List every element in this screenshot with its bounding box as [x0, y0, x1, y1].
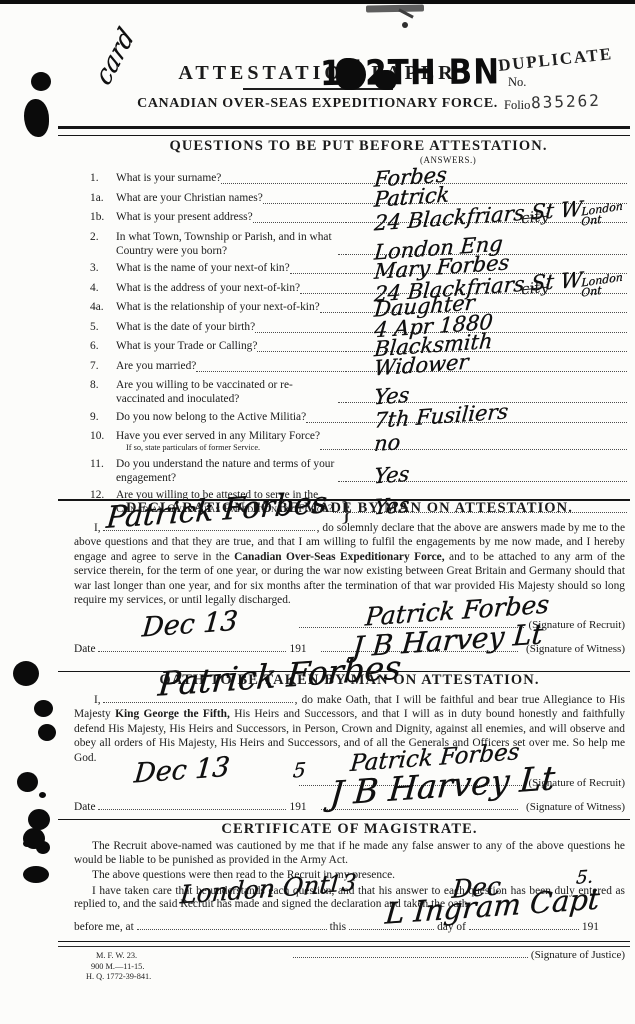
question-text: What are your Christian names?: [116, 192, 263, 204]
question-cell: 5. What is the date of your birth?: [90, 320, 346, 336]
dotted-leader: [257, 351, 346, 352]
lead-in: I,: [74, 694, 101, 706]
question-cell: 11. Do you understand the nature and ter…: [90, 457, 346, 485]
question-textwrap: Are you married?: [116, 359, 196, 375]
certificate-heading: CERTIFICATE OF MAGISTRATE.: [74, 821, 625, 838]
question-text: Do you understand the nature and terms o…: [116, 458, 334, 484]
question-textwrap: Do you understand the nature and terms o…: [116, 457, 338, 485]
answer-line: Widower: [346, 359, 627, 372]
handwritten-oath-year-digit: 5: [292, 759, 306, 780]
dotted-leader: [338, 481, 346, 482]
question-number: 7.: [90, 359, 116, 375]
question-text: Have you ever served in any Military For…: [116, 430, 320, 442]
question-textwrap: What is the address of your next-of-kin?: [116, 281, 300, 297]
folio-number-stamp: 835262: [531, 91, 601, 112]
dotted-leader: [263, 203, 346, 204]
question-row: 6. What is your Trade or Calling? Blacks…: [90, 339, 627, 355]
dotted-leader: [338, 402, 346, 403]
form-footer: M. F. W. 23. 900 M.—11-15. H. Q. 1772-39…: [86, 951, 151, 983]
date-label: Date: [74, 801, 96, 813]
dotted-leader: [221, 183, 346, 184]
before-me-line: before me, at this day of 191: [74, 921, 625, 933]
dotted-leader: [253, 222, 346, 223]
questions-heading: QUESTIONS TO BE PUT BEFORE ATTESTATION.: [90, 138, 627, 155]
section-divider: [58, 126, 630, 136]
question-textwrap: What is the relationship of your next-of…: [116, 300, 320, 316]
answer-line: Blacksmith: [346, 339, 627, 352]
question-textwrap: What is your Trade or Calling?: [116, 339, 257, 355]
question-number: 3.: [90, 261, 116, 277]
question-textwrap: What is your surname?: [116, 171, 221, 187]
handwritten-certificate-day: 13: [326, 872, 357, 897]
handwritten-answer: Widower: [373, 351, 469, 379]
date-label: Date: [74, 643, 96, 655]
answer-line: 7th Fusiliers: [346, 410, 627, 423]
question-subtext: If so, state particulars of former Servi…: [126, 443, 320, 453]
date-dots: [98, 802, 286, 810]
question-cell: 4. What is the address of your next-of-k…: [90, 281, 346, 297]
question-cell: 7. Are you married?: [90, 359, 346, 375]
dotted-leader: [320, 449, 346, 450]
question-cell: 3. What is the name of your next-of kin?: [90, 261, 346, 277]
question-cell: 10. Have you ever served in any Military…: [90, 429, 346, 453]
handwritten-answer: Yes: [373, 385, 410, 409]
questions-list: 1. What is your surname? Forbes 1a. What…: [90, 171, 627, 516]
question-cell: 1a. What are your Christian names?: [90, 191, 346, 207]
question-number: 1.: [90, 171, 116, 187]
dotted-leader: [255, 332, 346, 333]
question-text: What is your surname?: [116, 172, 221, 184]
question-textwrap: What is the name of your next-of kin?: [116, 261, 290, 277]
question-row: 7. Are you married? Widower: [90, 359, 627, 375]
question-cell: 9. Do you now belong to the Active Milit…: [90, 410, 346, 426]
question-cell: 1b. What is your present address?: [90, 210, 346, 226]
questions-section: QUESTIONS TO BE PUT BEFORE ATTESTATION. …: [0, 136, 635, 520]
before-me-label: before me, at: [74, 921, 134, 933]
question-row: 5. What is the date of your birth? 4 Apr…: [90, 320, 627, 336]
question-text: Do you now belong to the Active Militia?: [116, 411, 306, 423]
signature-dots: [293, 947, 528, 958]
question-cell: 1. What is your surname?: [90, 171, 346, 187]
question-number: 2.: [90, 230, 116, 258]
answer-line: Patrick: [346, 191, 627, 204]
question-row: 8. Are you willing to be vaccinated or r…: [90, 378, 627, 406]
answer-line: no: [346, 437, 627, 450]
question-text: What is the name of your next-of kin?: [116, 262, 290, 274]
question-number: 5.: [90, 320, 116, 336]
question-textwrap: Do you now belong to the Active Militia?: [116, 410, 306, 426]
handwritten-answer: Yes: [373, 463, 410, 487]
question-textwrap: Have you ever served in any Military For…: [116, 429, 320, 453]
question-number: 1b.: [90, 210, 116, 226]
certificate-para1: The Recruit above-named was cautioned by…: [74, 840, 625, 867]
question-textwrap: What are your Christian names?: [116, 191, 263, 207]
answer-line: Mary Forbes: [346, 261, 627, 274]
question-number: 8.: [90, 378, 116, 406]
folio-label: Folio: [504, 98, 530, 113]
footer-line: M. F. W. 23.: [86, 951, 151, 962]
handwritten-struck-word: city: [520, 209, 549, 226]
date-dots: [98, 644, 286, 652]
question-cell: 6. What is your Trade or Calling?: [90, 339, 346, 355]
question-row: 2. In what Town, Township or Parish, and…: [90, 230, 627, 258]
this-label: this: [330, 921, 346, 933]
ink-smudge: [402, 22, 408, 28]
question-text: What is the relationship of your next-of…: [116, 301, 320, 313]
question-row: 4a. What is the relationship of your nex…: [90, 300, 627, 316]
handwritten-side-note: London Ont: [581, 200, 631, 227]
year-prefix: 191: [290, 801, 307, 813]
question-text: What is the date of your birth?: [116, 321, 255, 333]
question-text: What is the address of your next-of-kin?: [116, 282, 300, 294]
stamp-blot: [336, 58, 366, 90]
witness-signature-label: (Signature of Witness): [526, 801, 625, 813]
oath-text-bold: King George the Fifth,: [115, 708, 230, 720]
justice-signature-line: (Signature of Justice): [74, 947, 625, 961]
footer-line: 900 M.—11-15.: [86, 962, 151, 973]
question-number: 9.: [90, 410, 116, 426]
question-textwrap: Are you willing to be vaccinated or re-v…: [116, 378, 338, 406]
question-row: 1. What is your surname? Forbes: [90, 171, 627, 187]
question-row: 9. Do you now belong to the Active Milit…: [90, 410, 627, 426]
oath-body: I,, do make Oath, that I will be faithfu…: [74, 693, 625, 765]
question-number: 1a.: [90, 191, 116, 207]
ink-smudge: [366, 4, 424, 12]
question-textwrap: What is your present address?: [116, 210, 253, 226]
answer-line: 24 Blackfriars St W city London Ont: [346, 281, 627, 294]
question-cell: 2. In what Town, Township or Parish, and…: [90, 230, 346, 258]
question-number: 11.: [90, 457, 116, 485]
question-textwrap: What is the date of your birth?: [116, 320, 255, 336]
stamp-blot: [374, 70, 396, 90]
question-row: 11. Do you understand the nature and ter…: [90, 457, 627, 485]
question-text: In what Town, Township or Parish, and in…: [116, 231, 332, 257]
declaration-text-bold: Canadian Over-Seas Expeditionary Force,: [234, 551, 444, 563]
handwritten-oath-date: Dec 13: [133, 754, 231, 788]
question-row: 4. What is the address of your next-of-k…: [90, 281, 627, 297]
dotted-leader: [320, 312, 346, 313]
handwritten-side-note: London Ont: [581, 271, 631, 298]
question-row: 1b. What is your present address? 24 Bla…: [90, 210, 627, 226]
dotted-leader: [338, 254, 346, 255]
section-divider: [58, 819, 630, 820]
handwritten-struck-word: city: [520, 279, 549, 296]
question-text: What is your Trade or Calling?: [116, 340, 257, 352]
answer-line: Forbes: [346, 171, 627, 184]
dotted-leader: [306, 422, 346, 423]
year-prefix: 191: [582, 921, 599, 933]
scan-edge-bar: [0, 0, 635, 4]
place-dots: [137, 922, 327, 930]
question-number: 6.: [90, 339, 116, 355]
answer-line: Yes: [346, 469, 627, 482]
question-text: What is your present address?: [116, 211, 253, 223]
dotted-leader: [290, 273, 346, 274]
handwritten-answer: no: [373, 432, 401, 455]
no-label: No.: [508, 75, 526, 90]
lead-in: I,: [74, 522, 101, 534]
answer-line: 24 Blackfriars St W city London Ont: [346, 210, 627, 223]
dotted-leader: [300, 293, 346, 294]
dotted-leader: [196, 371, 346, 372]
question-number: 4a.: [90, 300, 116, 316]
handwritten-declaration-date: Dec 13: [141, 608, 239, 642]
justice-signature-label: (Signature of Justice): [531, 949, 625, 961]
question-number: 4.: [90, 281, 116, 297]
question-text: Are you willing to be vaccinated or re-v…: [116, 379, 293, 405]
question-row: 10. Have you ever served in any Military…: [90, 429, 627, 453]
attestation-paper-scan: card ATTESTATION PAPER CANADIAN OVER-SEA…: [0, 0, 635, 1024]
question-cell: 4a. What is the relationship of your nex…: [90, 300, 346, 316]
question-cell: 8. Are you willing to be vaccinated or r…: [90, 378, 346, 406]
question-text: Are you married?: [116, 360, 196, 372]
footer-line: H. Q. 1772-39-841.: [86, 972, 151, 983]
question-number: 10.: [90, 429, 116, 453]
question-textwrap: In what Town, Township or Parish, and in…: [116, 230, 338, 258]
